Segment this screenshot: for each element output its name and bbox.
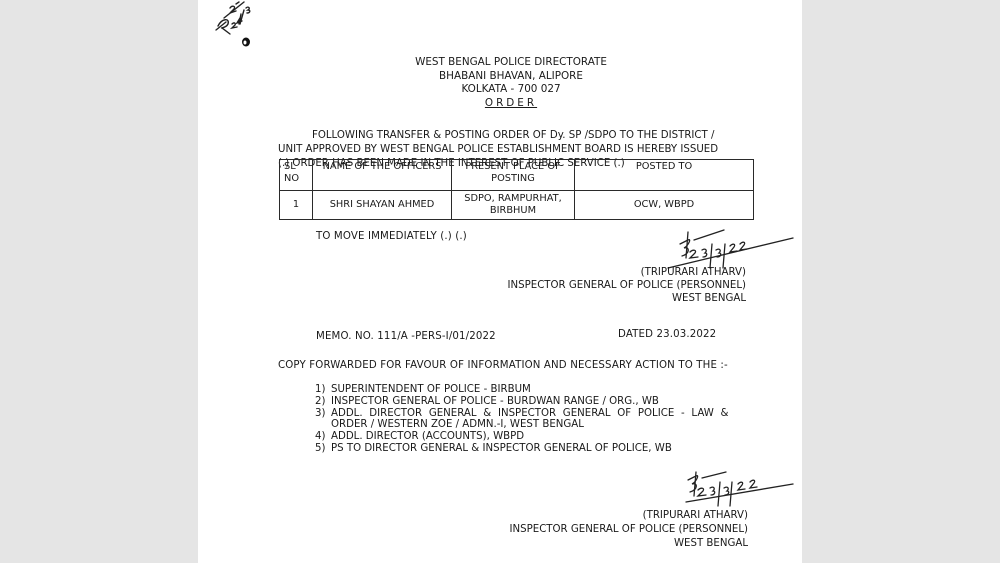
signatory-name-1: (TRIPURARI ATHARV)	[641, 267, 746, 278]
table-row: 1 SHRI SHAYAN AHMED SDPO, RAMPURHAT, BIR…	[280, 191, 754, 220]
signatory-state-1: WEST BENGAL	[672, 293, 746, 304]
intro-line-1: FOLLOWING TRANSFER & POSTING ORDER OF Dy…	[278, 129, 758, 143]
list-item: 4)ADDL. DIRECTOR (ACCOUNTS), WBPD	[315, 431, 729, 443]
header-officer-name: NAME OF THE OFFICERS	[313, 160, 452, 191]
header-sl-no: SL NO	[280, 160, 313, 191]
signatory-designation-2: INSPECTOR GENERAL OF POLICE (PERSONNEL)	[510, 524, 748, 535]
header-present-posting: PRESENT PLACE OF POSTING	[452, 160, 575, 191]
list-item-continuation: ORDER / WESTERN ZOE / ADMN.-I, WEST BENG…	[315, 419, 729, 431]
header-posted-to: POSTED TO	[575, 160, 754, 191]
table-header-row: SL NO NAME OF THE OFFICERS PRESENT PLACE…	[280, 160, 754, 191]
copy-forward-line: COPY FORWARDED FOR FAVOUR OF INFORMATION…	[278, 360, 728, 372]
list-item: 2)INSPECTOR GENERAL OF POLICE - BURDWAN …	[315, 396, 729, 408]
letterhead: WEST BENGAL POLICE DIRECTORATE BHABANI B…	[198, 56, 824, 110]
list-item: 5)PS TO DIRECTOR GENERAL & INSPECTOR GEN…	[315, 443, 729, 455]
document-page: WEST BENGAL POLICE DIRECTORATE BHABANI B…	[198, 0, 802, 563]
signatory-designation-1: INSPECTOR GENERAL OF POLICE (PERSONNEL)	[508, 280, 746, 291]
header-line-3: KOLKATA - 700 027	[198, 83, 824, 97]
move-note: TO MOVE IMMEDIATELY (.) (.)	[316, 231, 467, 243]
memo-number: MEMO. NO. 111/A -PERS-I/01/2022	[316, 331, 496, 343]
cell-posted: OCW, WBPD	[575, 191, 754, 220]
signatory-state-2: WEST BENGAL	[674, 538, 748, 549]
list-item: 1)SUPERINTENDENT OF POLICE - BIRBUM	[315, 384, 729, 396]
cell-sl: 1	[280, 191, 313, 220]
signatory-name-2: (TRIPURARI ATHARV)	[643, 510, 748, 521]
list-item: 3)ADDL. DIRECTOR GENERAL & INSPECTOR GEN…	[315, 408, 729, 420]
intro-line-2: UNIT APPROVED BY WEST BENGAL POLICE ESTA…	[278, 143, 758, 157]
header-line-1: WEST BENGAL POLICE DIRECTORATE	[198, 56, 824, 70]
header-line-2: BHABANI BHAVAN, ALIPORE	[198, 70, 824, 84]
order-title: ORDER	[198, 97, 824, 111]
cell-name: SHRI SHAYAN AHMED	[313, 191, 452, 220]
handwritten-margin-note	[210, 0, 270, 52]
memo-date: DATED 23.03.2022	[618, 329, 716, 341]
signature-1-icon	[628, 228, 798, 288]
cell-present: SDPO, RAMPURHAT, BIRBHUM	[452, 191, 575, 220]
transfer-table: SL NO NAME OF THE OFFICERS PRESENT PLACE…	[279, 159, 754, 220]
recipients-list: 1)SUPERINTENDENT OF POLICE - BIRBUM 2)IN…	[315, 384, 729, 455]
